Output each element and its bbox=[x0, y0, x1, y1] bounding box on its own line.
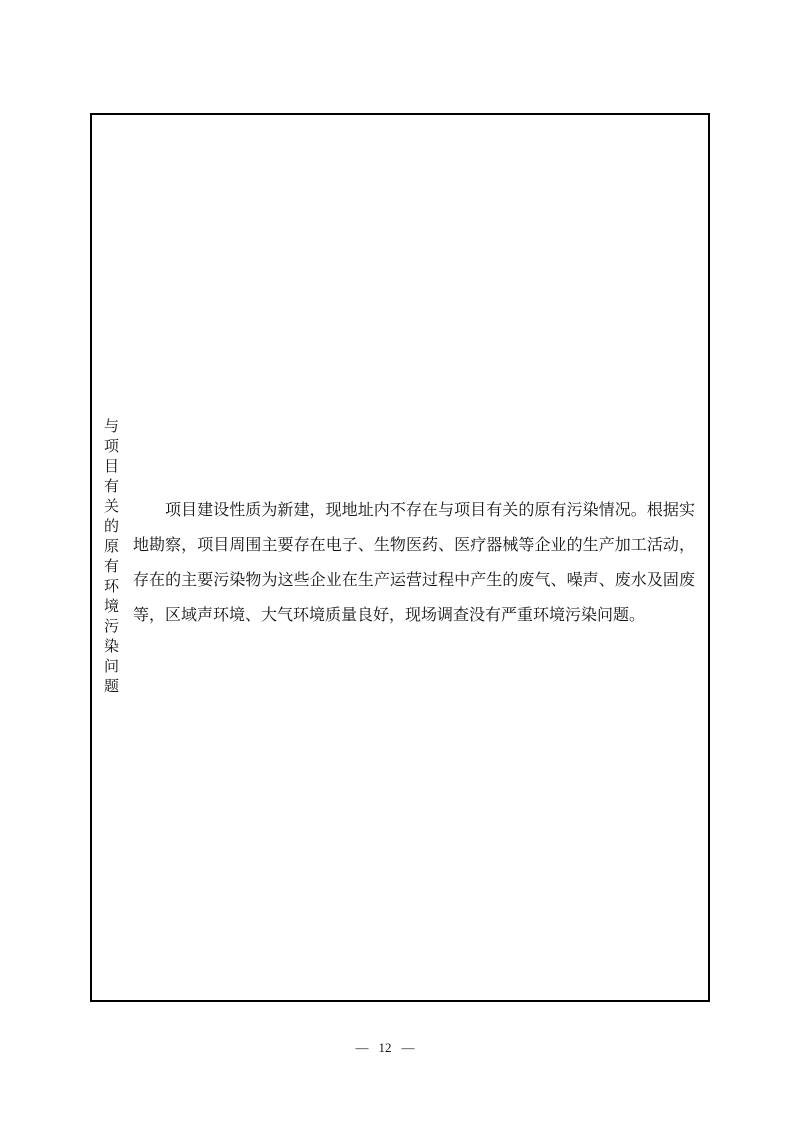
section-content-cell: 项目建设性质为新建，现地址内不存在与项目有关的原有污染情况。根据实地勘察，项目周… bbox=[133, 493, 695, 633]
section-paragraph: 项目建设性质为新建，现地址内不存在与项目有关的原有污染情况。根据实地勘察，项目周… bbox=[133, 493, 695, 633]
page-number: 12 bbox=[379, 1040, 392, 1056]
footer-dash-right: — bbox=[402, 1040, 415, 1056]
section-row-label-text: 与项目有关的原有环境污染问题 bbox=[101, 418, 119, 698]
page-footer: —12— bbox=[0, 1040, 770, 1056]
document-page: 与项目有关的原有环境污染问题 项目建设性质为新建，现地址内不存在与项目有关的原有… bbox=[0, 0, 800, 1131]
form-section-box: 与项目有关的原有环境污染问题 项目建设性质为新建，现地址内不存在与项目有关的原有… bbox=[90, 113, 710, 1002]
footer-dash-left: — bbox=[356, 1040, 369, 1056]
section-row-label: 与项目有关的原有环境污染问题 bbox=[101, 115, 119, 1000]
